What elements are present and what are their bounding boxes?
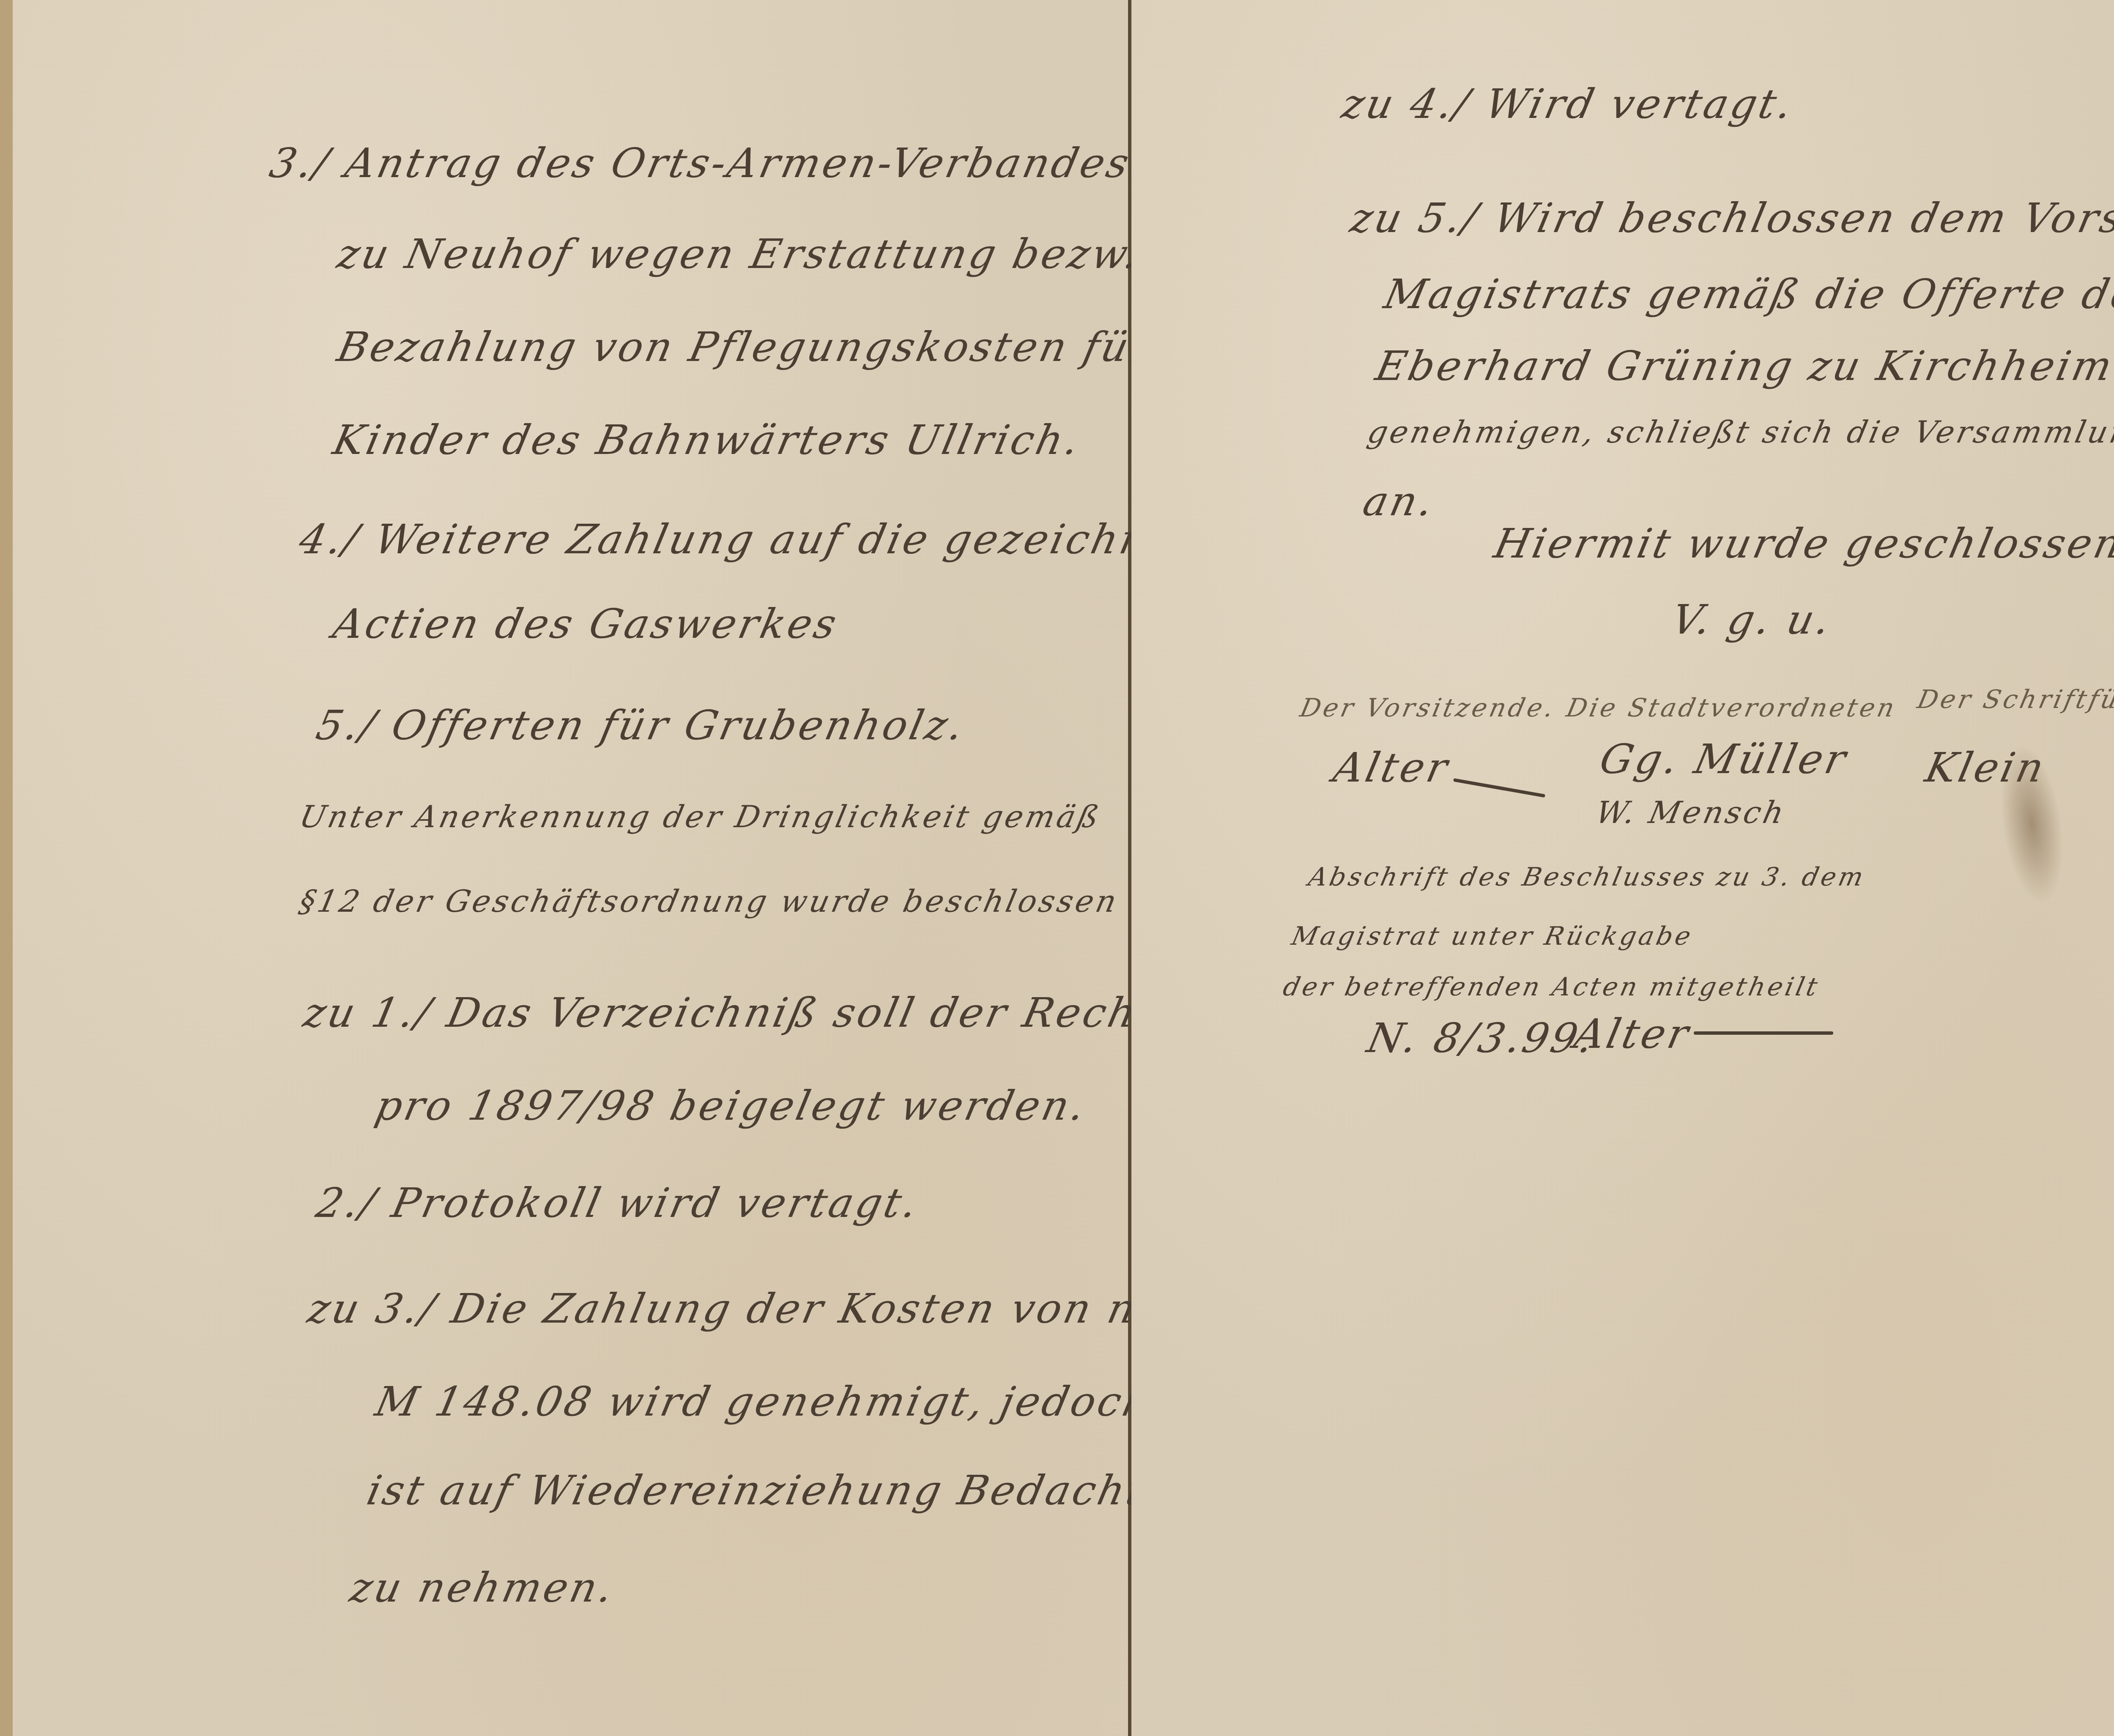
signature-flourish: [1453, 778, 1545, 798]
councillor-signature: W. Mensch: [1593, 795, 1789, 830]
protocol-line: zu 1./ Das Verzeichniß soll der Rechnung: [299, 989, 1257, 1036]
closing-line: Hiermit wurde geschlossen: [1490, 520, 2114, 567]
protocol-line: ist auf Wiedereinziehung Bedacht: [363, 1467, 1151, 1514]
ink-blot: [1991, 741, 2073, 908]
protocol-line: zu Neuhof wegen Erstattung bezw.: [333, 230, 1145, 278]
left-page: 3./ Antrag des Orts-Armen-Verbandes zu N…: [0, 0, 1128, 1736]
right-page: zu 4./ Wird vertagt. zu 5./ Wird beschlo…: [1131, 0, 2114, 1736]
councillor-signature: Gg. Müller: [1596, 735, 1852, 783]
protocol-line: Bezahlung von Pflegungskosten für die: [333, 323, 1243, 371]
annotation-signature: Alter: [1570, 1010, 1695, 1058]
protocol-line: 5./ Offerten für Grubenholz.: [312, 702, 970, 749]
protocol-line: 4./ Weitere Zahlung auf die gezeichneten: [295, 516, 1255, 563]
protocol-line: Unter Anerkennung der Dringlichkeit gemä…: [296, 799, 1104, 834]
protocol-line: Eberhard Grüning zu Kirchheim zu: [1372, 342, 2114, 390]
closing-abbrev: V. g. u.: [1668, 596, 1837, 643]
protocol-line: zu 5./ Wird beschlossen dem Vorschlage d…: [1346, 194, 2114, 242]
protocol-line: Magistrats gemäß die Offerte des: [1380, 271, 2114, 318]
protocol-line: zu nehmen.: [346, 1564, 619, 1611]
protocol-line: §12 der Geschäftsordnung wurde beschloss…: [296, 883, 1122, 919]
protocol-line: genehmigen, schließt sich die Versammlun…: [1364, 414, 2114, 450]
annotation-line: Magistrat unter Rückgabe: [1289, 921, 1696, 951]
chair-signature: Alter: [1329, 744, 1454, 791]
protocol-line: zu 4./ Wird vertagt.: [1338, 80, 1799, 128]
signature-flourish: [1694, 1031, 1833, 1035]
annotation-line: Abschrift des Beschlusses zu 3. dem: [1306, 862, 1869, 892]
protocol-line: 3./ Antrag des Orts-Armen-Verbandes: [266, 139, 1136, 187]
chair-title: Der Vorsitzende.: [1298, 693, 1559, 723]
annotation-line: der betreffenden Acten mitgetheilt: [1281, 972, 1823, 1002]
protocol-line: 2./ Protokoll wird vertagt.: [312, 1179, 924, 1227]
councillors-title: Die Stadtverordneten: [1564, 693, 1900, 723]
protocol-line: Kinder des Bahnwärters Ullrich.: [329, 416, 1086, 464]
book-spread: 3./ Antrag des Orts-Armen-Verbandes zu N…: [0, 0, 2114, 1736]
protocol-line: zu 3./ Die Zahlung der Kosten von noch: [304, 1285, 1223, 1332]
protocol-line: pro 1897/98 beigelegt werden.: [371, 1082, 1092, 1129]
protocol-line: M 148.08 wird genehmigt, jedoch: [371, 1378, 1157, 1425]
protocol-line: an.: [1359, 478, 1440, 525]
protocol-line: Actien des Gaswerkes: [329, 600, 843, 648]
annotation-date: N. 8/3.99.: [1363, 1014, 1600, 1062]
secretary-title: Der Schriftführer: [1915, 685, 2114, 714]
